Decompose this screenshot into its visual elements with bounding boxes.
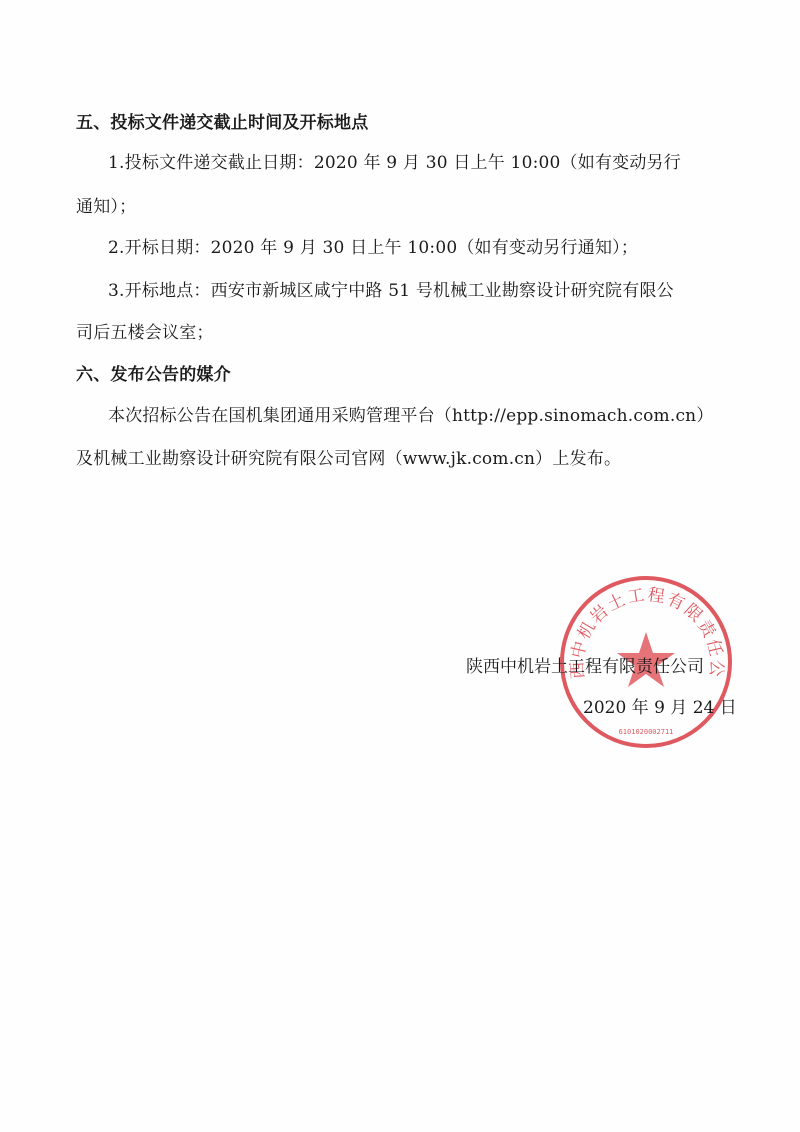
section-5-item-2: 2.开标日期：2020 年 9 月 30 日上午 10:00（如有变动另行通知）… [108, 237, 638, 259]
svg-text:6101020002711: 6101020002711 [619, 728, 674, 736]
section-5-item-3-line-2: 司后五楼会议室； [76, 322, 214, 344]
document-page: 五、投标文件递交截止时间及开标地点 1.投标文件递交截止日期：2020 年 9 … [0, 0, 800, 1132]
section-6-heading: 六、发布公告的媒介 [76, 364, 231, 386]
signature-company: 陕西中机岩土工程有限责任公司 [466, 656, 704, 678]
section-5-item-1-line-2: 通知）； [76, 196, 136, 218]
section-6-paragraph-line-1: 本次招标公告在国机集团通用采购管理平台（http://epp.sinomach.… [108, 405, 714, 427]
section-5-heading: 五、投标文件递交截止时间及开标地点 [76, 112, 368, 134]
signature-date: 2020 年 9 月 24 日 [583, 697, 737, 719]
section-5-item-1-line-1: 1.投标文件递交截止日期：2020 年 9 月 30 日上午 10:00（如有变… [108, 152, 681, 174]
section-5-item-3-line-1: 3.开标地点：西安市新城区咸宁中路 51 号机械工业勘察设计研究院有限公 [108, 280, 674, 302]
section-6-paragraph-line-2: 及机械工业勘察设计研究院有限公司官网（www.jk.com.cn）上发布。 [76, 448, 621, 470]
